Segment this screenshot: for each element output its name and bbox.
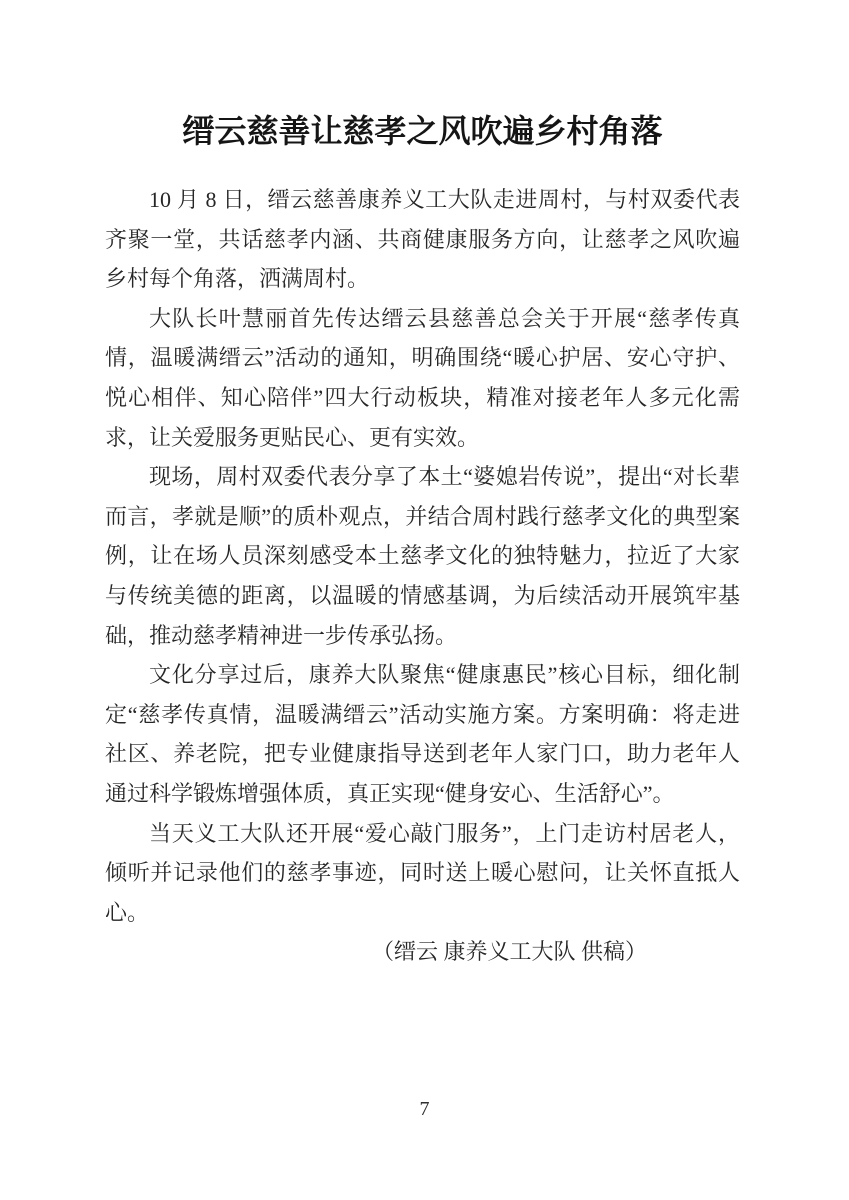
paragraph-5: 当天义工大队还开展“爱心敲门服务”，上门走访村居老人，倾听并记录他们的慈孝事迹，… — [105, 814, 740, 933]
byline: （缙云 康养义工大队 供稿） — [105, 932, 740, 972]
page-number: 7 — [0, 1097, 849, 1121]
document-page-background: { "document": { "title": "缙云慈善让慈孝之风吹遍乡村角… — [0, 0, 849, 1200]
page-title: 缙云慈善让慈孝之风吹遍乡村角落 — [105, 106, 740, 156]
document-content: 缙云慈善让慈孝之风吹遍乡村角落 10 月 8 日，缙云慈善康养义工大队走进周村，… — [0, 0, 849, 972]
paragraph-2: 大队长叶慧丽首先传达缙云县慈善总会关于开展“慈孝传真情，温暖满缙云”活动的通知，… — [105, 299, 740, 457]
paragraph-1: 10 月 8 日，缙云慈善康养义工大队走进周村，与村双委代表齐聚一堂，共话慈孝内… — [105, 180, 740, 299]
paragraph-3: 现场，周村双委代表分享了本土“婆媳岩传说”，提出“对长辈而言，孝就是顺”的质朴观… — [105, 457, 740, 655]
paragraph-4: 文化分享过后，康养大队聚焦“健康惠民”核心目标，细化制定“慈孝传真情，温暖满缙云… — [105, 655, 740, 813]
document-page: 缙云慈善让慈孝之风吹遍乡村角落 10 月 8 日，缙云慈善康养义工大队走进周村，… — [0, 0, 849, 1200]
